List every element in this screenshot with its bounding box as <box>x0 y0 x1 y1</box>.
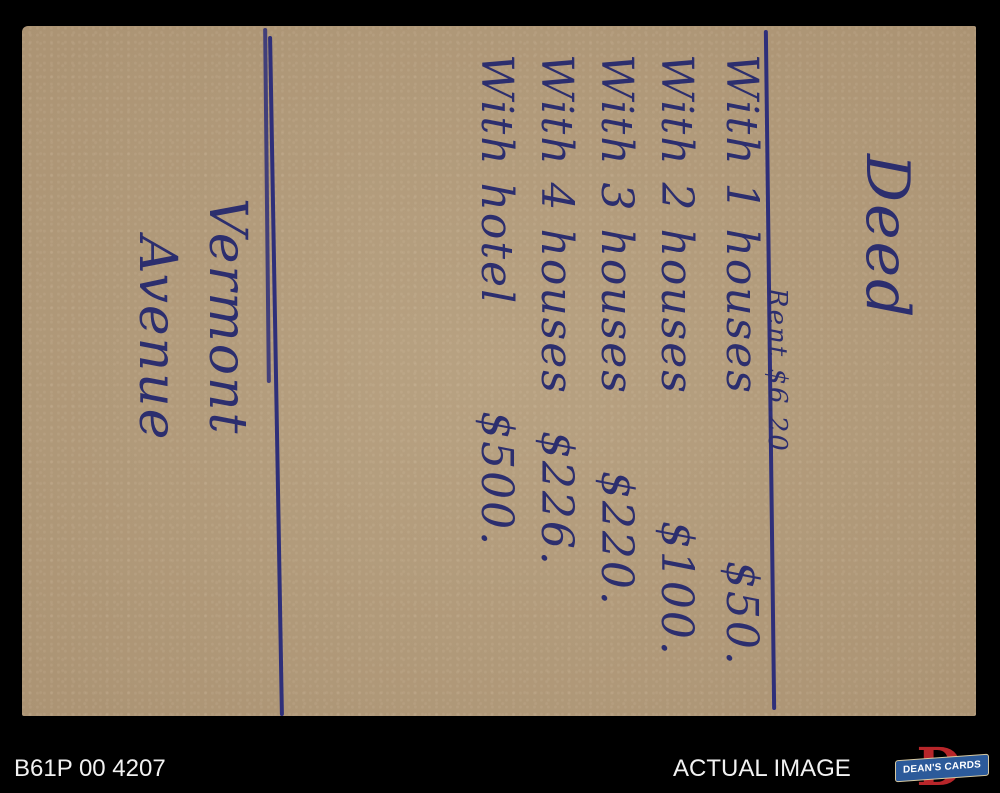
rent-row: With 2 houses $100. <box>651 54 702 657</box>
rent-row-price: $50. <box>716 561 767 667</box>
rent-row-price: $220. <box>591 471 642 607</box>
rent-row-price: $100. <box>651 521 702 657</box>
rent-row: With 4 houses $226. <box>531 54 582 567</box>
item-id: B61P 00 4207 <box>14 755 166 783</box>
rent-row-label: With 3 houses <box>591 54 642 395</box>
rent-row-label: With hotel <box>471 54 522 305</box>
rent-row-label: With 4 houses <box>531 54 582 395</box>
property-name-line1: Vermont <box>197 198 257 435</box>
rent-row-price: $226. <box>531 431 582 567</box>
rent-row-price: $500. <box>471 411 522 547</box>
rent-row: With 1 houses $50. <box>716 54 767 667</box>
logo-banner: DEAN'S CARDS <box>895 754 989 783</box>
rent-row-label: With 2 houses <box>651 54 702 395</box>
card-title: Deed <box>852 154 922 320</box>
deans-cards-logo: D DEAN'S CARDS <box>895 746 987 790</box>
property-name-line2: Avenue <box>127 236 187 441</box>
deed-card-photo: Deed Rent $6.20 With 1 houses $50. With … <box>22 26 976 716</box>
rent-row: With 3 houses $220. <box>591 54 642 607</box>
rent-row: With hotel $500. <box>471 54 522 547</box>
actual-image-label: ACTUAL IMAGE <box>673 755 851 783</box>
rent-row-label: With 1 houses <box>716 54 767 395</box>
